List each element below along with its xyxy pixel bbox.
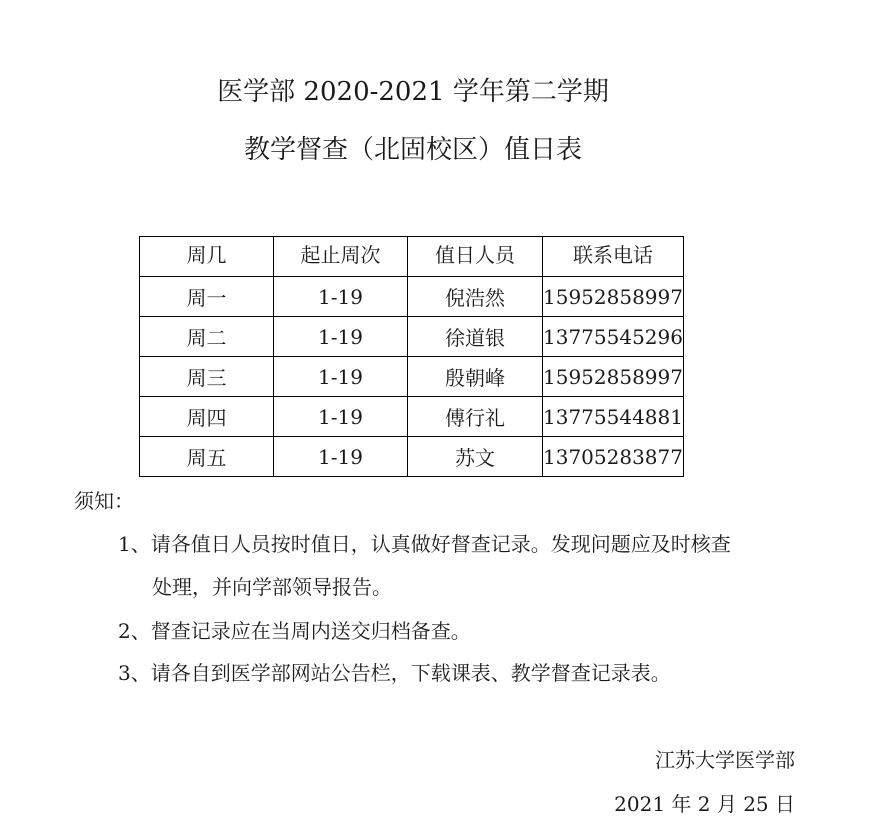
signature-date: 2021 年 2 月 25 日: [614, 791, 795, 817]
table-row: 周五 1-19 苏文 13705283877: [140, 437, 684, 477]
cell-day: 周二: [140, 317, 274, 357]
duty-schedule-table: 周几 起止周次 值日人员 联系电话 周一 1-19 倪浩然 1595285899…: [139, 236, 684, 477]
column-header-day: 周几: [140, 237, 274, 277]
cell-staff: 苏文: [408, 437, 543, 477]
cell-phone: 13775544881: [543, 397, 684, 437]
cell-weeks: 1-19: [274, 277, 408, 317]
table-row: 周一 1-19 倪浩然 15952858997: [140, 277, 684, 317]
document-title-line2: 教学督查（北固校区）值日表: [0, 135, 826, 165]
cell-day: 周四: [140, 397, 274, 437]
notice-item-2: 2、督查记录应在当周内送交归档备查。: [118, 618, 471, 644]
cell-staff: 傅行礼: [408, 397, 543, 437]
table-row: 周二 1-19 徐道银 13775545296: [140, 317, 684, 357]
cell-weeks: 1-19: [274, 357, 408, 397]
cell-phone: 13705283877: [543, 437, 684, 477]
notice-item-1: 1、请各值日人员按时值日，认真做好督查记录。发现问题应及时核查: [118, 531, 731, 557]
cell-weeks: 1-19: [274, 397, 408, 437]
document-title-line1: 医学部 2020-2021 学年第二学期: [0, 77, 826, 107]
cell-day: 周一: [140, 277, 274, 317]
table-header-row: 周几 起止周次 值日人员 联系电话: [140, 237, 684, 277]
table-row: 周四 1-19 傅行礼 13775544881: [140, 397, 684, 437]
notice-heading: 须知：: [74, 488, 134, 514]
cell-weeks: 1-19: [274, 437, 408, 477]
cell-weeks: 1-19: [274, 317, 408, 357]
notice-item-3: 3、请各自到医学部网站公告栏，下载课表、教学督查记录表。: [118, 660, 671, 686]
table-row: 周三 1-19 殷朝峰 15952858997: [140, 357, 684, 397]
cell-day: 周五: [140, 437, 274, 477]
column-header-phone: 联系电话: [543, 237, 684, 277]
cell-staff: 殷朝峰: [408, 357, 543, 397]
cell-staff: 徐道银: [408, 317, 543, 357]
signature-organization: 江苏大学医学部: [655, 747, 795, 773]
cell-day: 周三: [140, 357, 274, 397]
cell-phone: 13775545296: [543, 317, 684, 357]
cell-phone: 15952858997: [543, 357, 684, 397]
column-header-staff: 值日人员: [408, 237, 543, 277]
cell-phone: 15952858997: [543, 277, 684, 317]
notice-item-1-continued: 处理，并向学部领导报告。: [152, 574, 392, 600]
cell-staff: 倪浩然: [408, 277, 543, 317]
column-header-weeks: 起止周次: [274, 237, 408, 277]
